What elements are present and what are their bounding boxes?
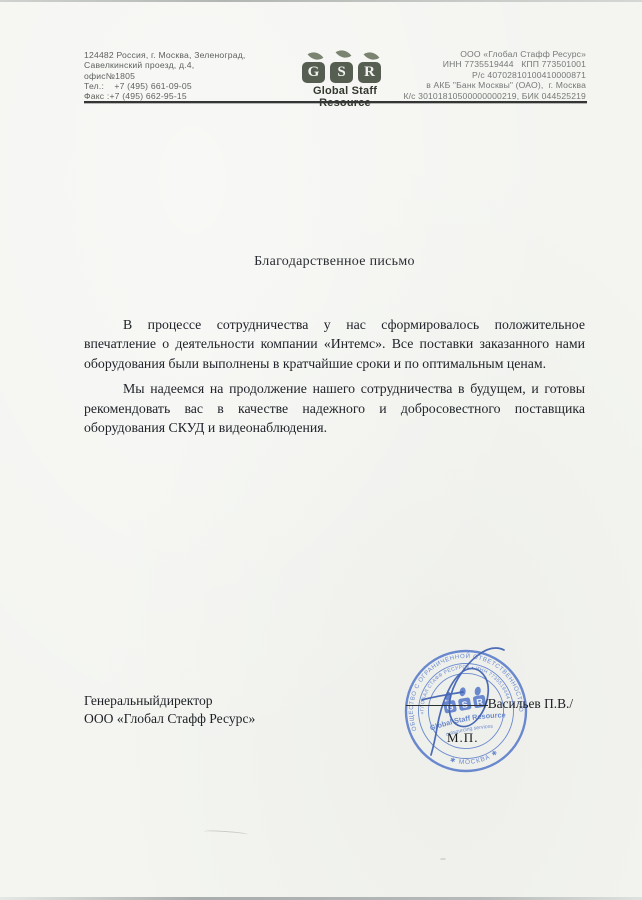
letterhead-divider-rule bbox=[84, 101, 587, 103]
company-stamp: ОБЩЕСТВО С ОГРАНИЧЕННОЙ ОТВЕТСТВЕННОСТЬЮ… bbox=[392, 642, 542, 782]
address-line: офис№1805 bbox=[84, 71, 284, 81]
logo-letter-g: G bbox=[302, 62, 325, 83]
scan-speck-artifact bbox=[440, 858, 446, 860]
scan-crease-artifact bbox=[204, 829, 248, 836]
stamp-place-label: М.П. bbox=[447, 730, 478, 746]
account-line: Р/с 40702810100410000871 bbox=[346, 70, 586, 80]
bank-line: в АКБ "Банк Москвы" (ОАО), г. Москва bbox=[346, 80, 586, 90]
signature-line bbox=[406, 705, 488, 706]
stamp-graphic: ОБЩЕСТВО С ОГРАНИЧЕННОЙ ОТВЕТСТВЕННОСТЬЮ… bbox=[392, 642, 542, 782]
paragraph: В процессе сотрудничества у нас сформиро… bbox=[84, 315, 585, 373]
phone-line: Тел.: +7 (495) 661-09-05 bbox=[84, 81, 284, 91]
stamp-gsr-mini-logo: G S R bbox=[441, 683, 486, 714]
signatory-title-block: Генеральныйдиректор ООО «Глобал Стафф Ре… bbox=[84, 692, 255, 727]
leaf-icon bbox=[474, 686, 481, 696]
letter-body: В процессе сотрудничества у нас сформиро… bbox=[84, 315, 585, 437]
address-line: 124482 Россия, г. Москва, Зеленоград, bbox=[84, 50, 284, 60]
signatory-name: /Васильев П.В./ bbox=[484, 696, 573, 712]
letterhead-requisites-block: ООО «Глобал Стафф Ресурс» ИНН 7735519444… bbox=[346, 49, 586, 101]
paragraph: Мы надеемся на продолжение нашего сотруд… bbox=[84, 379, 585, 437]
scan-top-edge bbox=[0, 0, 642, 2]
stamp-city-text: ✱ МОСКВА ✱ bbox=[448, 748, 501, 769]
fax-line: Факс :+7 (495) 662-95-15 bbox=[84, 91, 284, 101]
corr-account-line: К/с 30101810500000000219, БИК 044525219 bbox=[346, 91, 586, 101]
letter-title: Благодарственное письмо bbox=[84, 254, 585, 270]
letterhead-address-block: 124482 Россия, г. Москва, Зеленоград, Са… bbox=[84, 50, 284, 101]
address-line: Савелкинский проезд, д.4, bbox=[84, 60, 284, 70]
scanned-letter-page: 124482 Россия, г. Москва, Зеленоград, Са… bbox=[0, 0, 642, 900]
signatory-company: ООО «Глобал Стафф Ресурс» bbox=[84, 710, 255, 728]
signatory-position: Генеральныйдиректор bbox=[84, 692, 255, 710]
inn-kpp-line: ИНН 7735519444 КПП 773501001 bbox=[346, 59, 586, 69]
company-name-line: ООО «Глобал Стафф Ресурс» bbox=[346, 49, 586, 59]
